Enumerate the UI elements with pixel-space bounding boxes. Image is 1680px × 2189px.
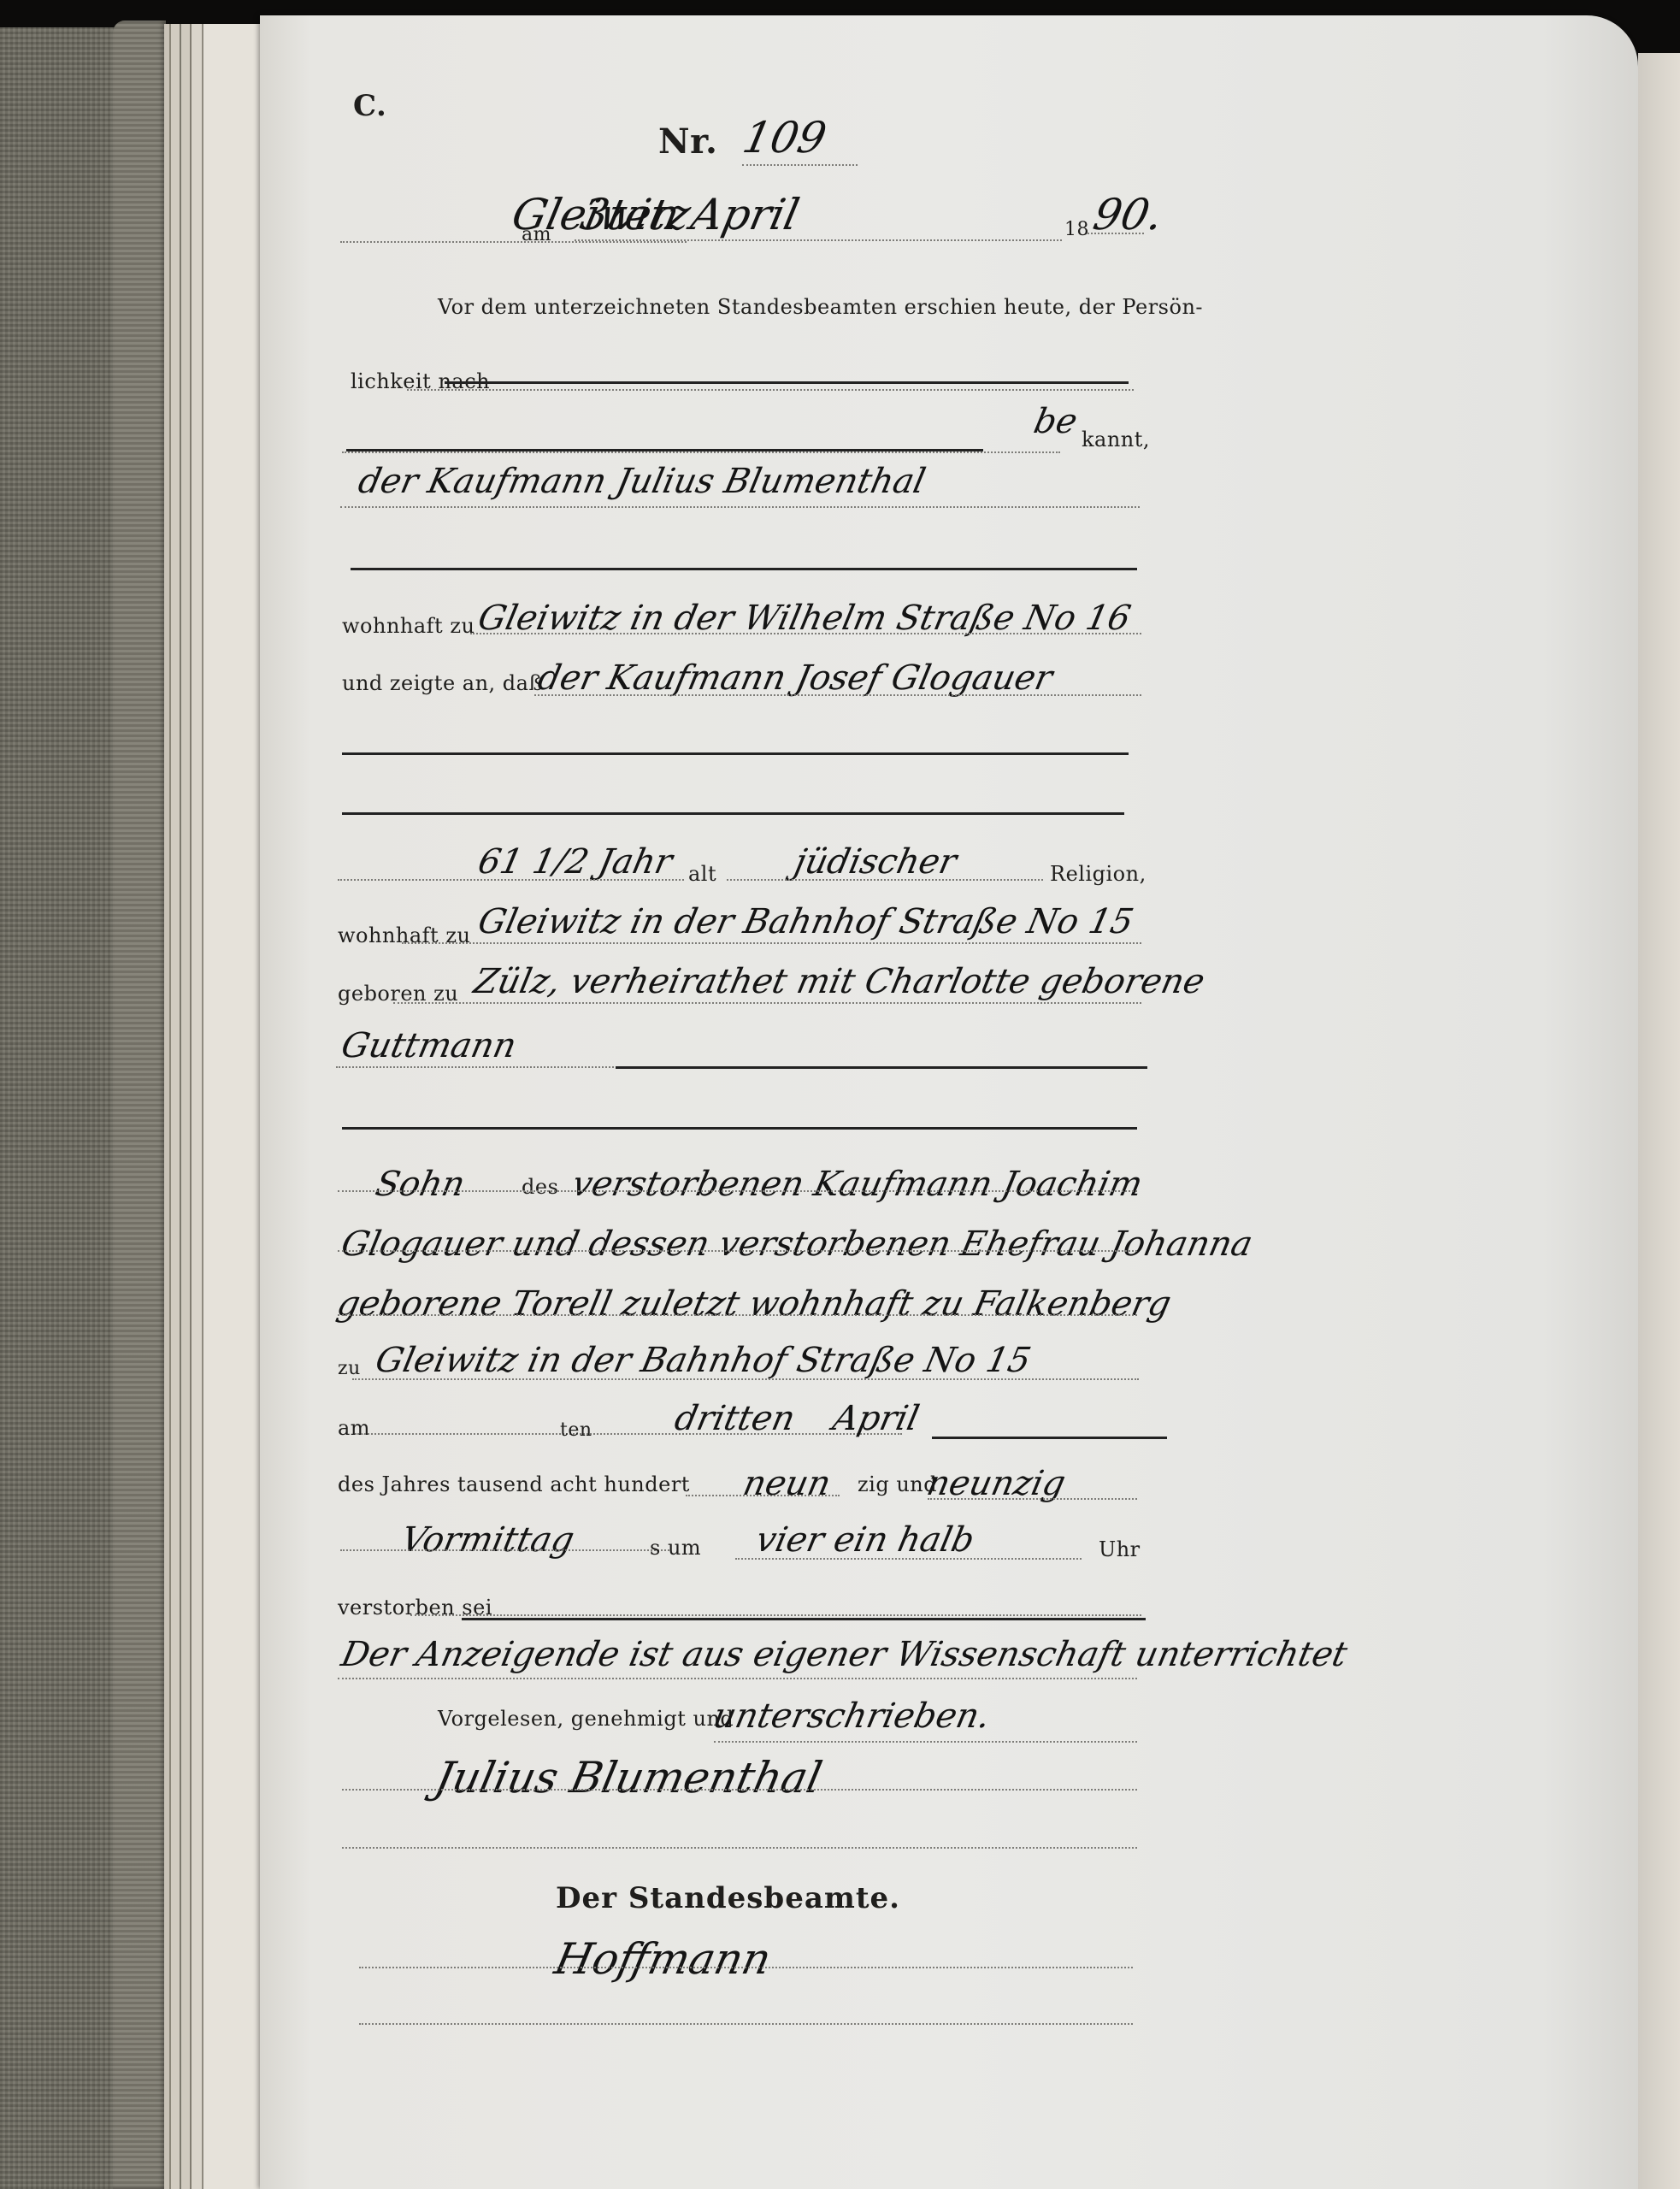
birth-line2-dots	[336, 1066, 614, 1068]
year-label: des Jahres tausend acht hundert	[338, 1472, 690, 1496]
informant-extra-strike	[351, 568, 1137, 570]
date-value: 3ten April	[576, 190, 804, 239]
birth-line	[393, 1002, 1141, 1004]
intro-text: Vor dem unterzeichneten Standesbeamten e…	[438, 295, 1203, 319]
record-number-label: Nr.	[658, 121, 717, 162]
deceased-strike-1	[342, 752, 1129, 755]
weekday-value: Vormittag	[398, 1520, 578, 1560]
religion-line	[727, 879, 1043, 881]
death-day-suffix: ten	[560, 1419, 592, 1441]
deceased-residence: Gleiwitz in der Bahnhof Straße No 15	[475, 902, 1137, 941]
parents-line3: geborene Torell zuletzt wohnhaft zu Falk…	[333, 1284, 1175, 1324]
death-place: Gleiwitz in der Bahnhof Straße No 15	[372, 1341, 1035, 1380]
parents-line2-dots	[338, 1250, 1137, 1252]
form-letter: C.	[353, 89, 386, 123]
religion-value: jüdischer	[791, 842, 960, 882]
read-approved-dots	[714, 1741, 1137, 1743]
informant-name: der Kaufmann Julius Blumenthal	[355, 462, 928, 501]
informant-signature-dots	[342, 1789, 1137, 1791]
registrar-heading: Der Standesbeamte.	[556, 1881, 900, 1915]
death-place-dots	[352, 1378, 1139, 1380]
age-label: alt	[688, 862, 716, 886]
report-label: und zeigte an, daß	[342, 671, 543, 695]
weekday-dots	[340, 1549, 669, 1551]
identity-strike	[445, 381, 1129, 384]
birth-place-line1: Zülz, verheirathet mit Charlotte geboren…	[470, 962, 1208, 1001]
date-line	[575, 239, 1062, 241]
age-value: 61 1/2 Jahr	[475, 842, 675, 882]
parents-son-label: Sohn	[372, 1165, 469, 1204]
date-prefix: am	[522, 224, 551, 245]
year-words2-dots	[928, 1498, 1137, 1500]
died-dots	[410, 1614, 1141, 1616]
informant-signature: Julius Blumenthal	[431, 1753, 827, 1803]
deceased-line	[534, 694, 1141, 696]
read-approved-handwritten: unterschrieben.	[710, 1696, 993, 1736]
death-record-form: C. Nr. 109 Gleiwitz am 3ten April 18 90.…	[0, 0, 1680, 2189]
informant-line	[340, 506, 1140, 508]
religion-label: Religion,	[1050, 862, 1147, 886]
year-prefix: 18	[1064, 219, 1089, 240]
age-line	[338, 879, 684, 881]
place-line	[340, 241, 687, 243]
informant-residence-line	[470, 633, 1141, 634]
death-place-label: zu	[338, 1358, 361, 1379]
read-approved-label: Vorgelesen, genehmigt und	[438, 1707, 734, 1731]
parents-line1-dots	[338, 1190, 1137, 1192]
time-prefix: s um	[650, 1536, 701, 1560]
registrar-signature-dots	[359, 1967, 1133, 1968]
deceased-strike-2	[342, 812, 1124, 815]
death-day: dritten	[671, 1399, 799, 1438]
death-day-label: am	[338, 1416, 370, 1440]
registrar-signature: Hoffmann	[551, 1934, 775, 1984]
death-day-dots	[355, 1433, 902, 1435]
parents-line2: Glogauer und dessen verstorbenen Ehefrau…	[338, 1224, 1256, 1264]
died-strike	[462, 1618, 1146, 1620]
remark-text: Der Anzeigende ist aus eigener Wissensch…	[338, 1635, 1351, 1674]
parents-line3-dots	[338, 1314, 1137, 1316]
birth-line2-strike	[616, 1066, 1147, 1069]
parents-line1: verstorbenen Kaufmann Joachim	[569, 1165, 1146, 1204]
death-month: April	[829, 1399, 923, 1438]
deceased-name: der Kaufmann Josef Glogauer	[534, 658, 1056, 698]
year-words-1: neun	[740, 1464, 834, 1503]
year-line	[1088, 233, 1144, 234]
time-value: vier ein halb	[752, 1520, 978, 1560]
known-line	[342, 451, 1060, 453]
known-prefix: be	[1030, 402, 1081, 441]
informant-residence-label: wohnhaft zu	[342, 614, 475, 638]
known-label: kannt,	[1082, 428, 1150, 451]
time-label: Uhr	[1099, 1537, 1141, 1561]
informant-signature-dots-2	[342, 1847, 1137, 1849]
record-number-line	[742, 164, 858, 166]
birth-place-line2: Guttmann	[338, 1026, 520, 1065]
remark-dots	[338, 1678, 1137, 1679]
deceased-residence-line	[402, 942, 1141, 944]
identity-line	[407, 389, 1134, 391]
parents-des: des	[522, 1175, 558, 1199]
death-month-strike	[932, 1437, 1167, 1439]
pre-parents-strike	[342, 1127, 1137, 1130]
registrar-signature-dots-2	[359, 2023, 1133, 2025]
record-number-value: 109	[739, 113, 831, 162]
